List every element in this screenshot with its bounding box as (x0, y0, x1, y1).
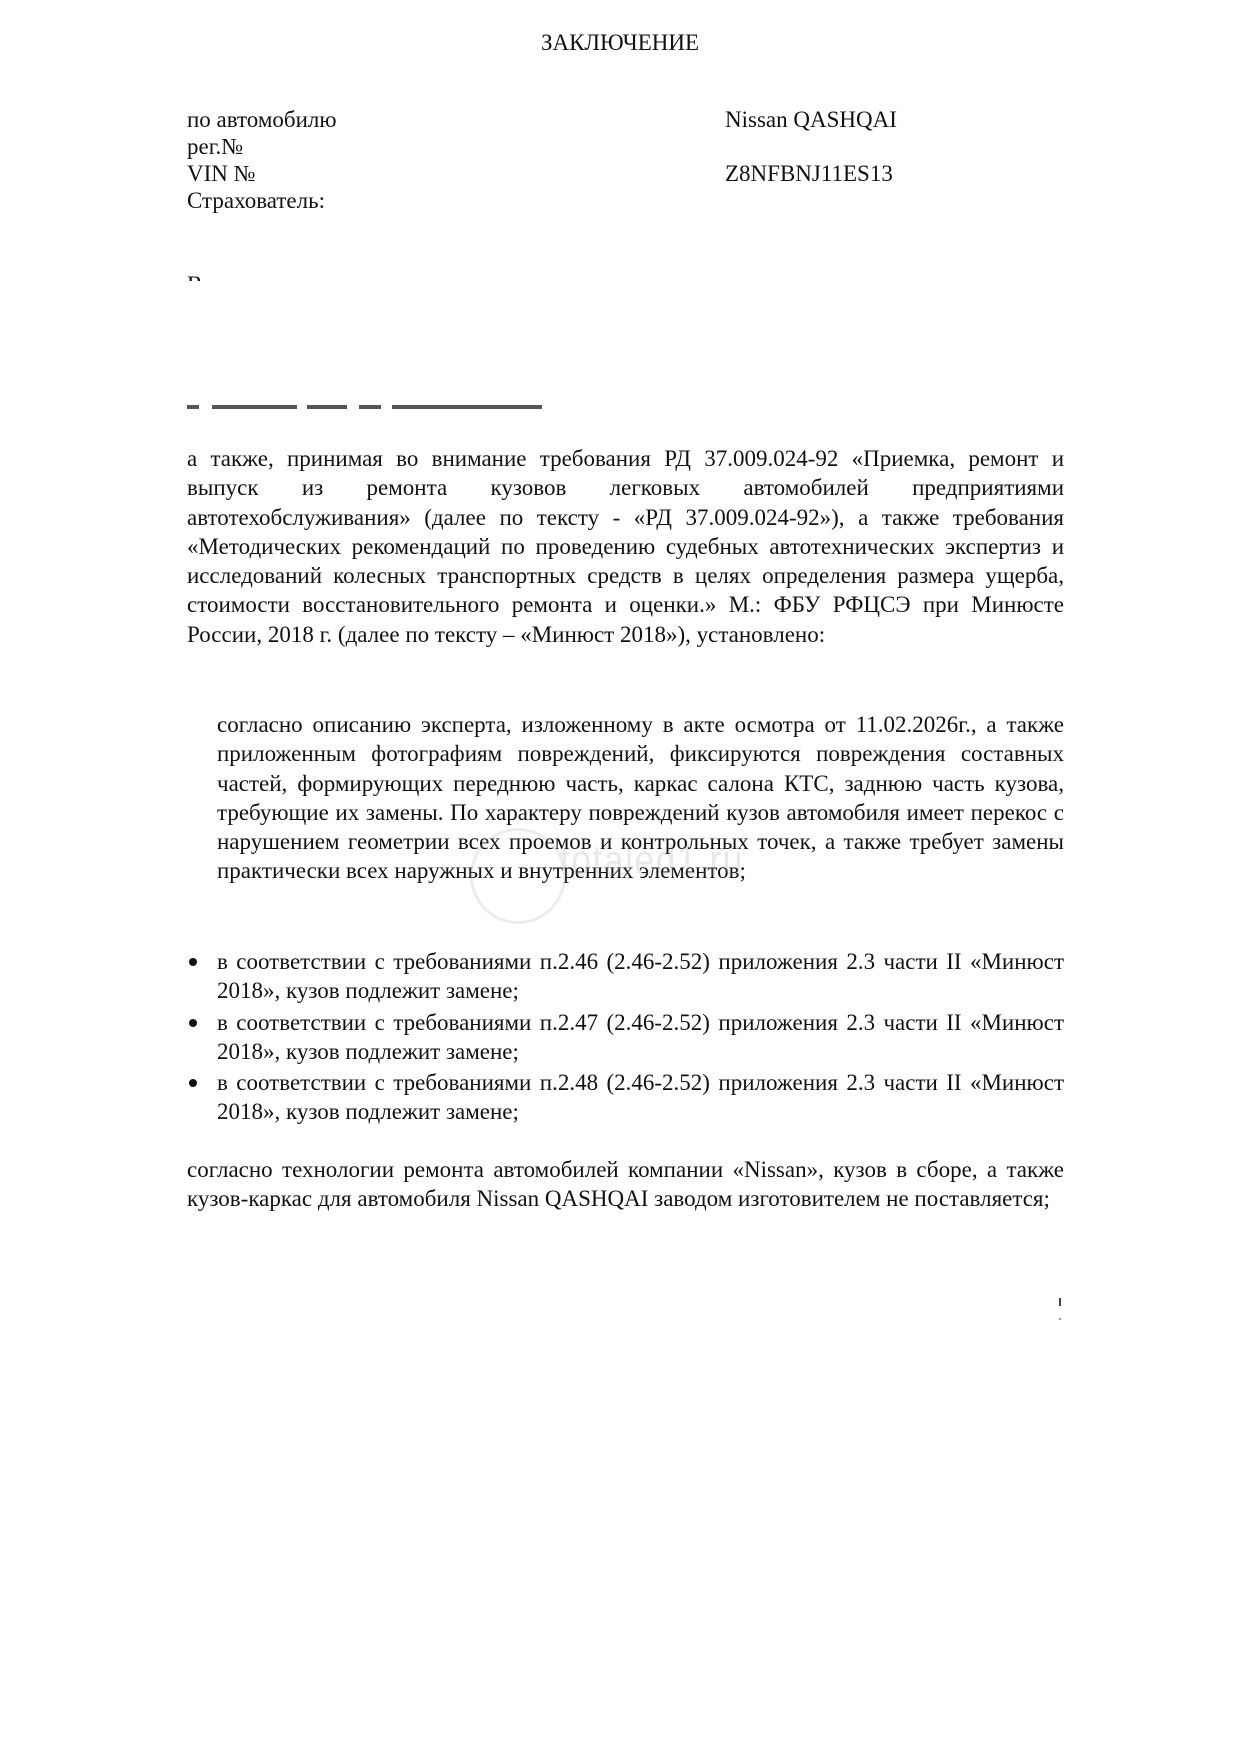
text-fragment (359, 405, 381, 409)
text-fragment (212, 405, 297, 409)
paragraph-inspection: согласно описанию эксперта, изложенному … (217, 710, 1064, 886)
list-item: в соответствии с требованиями п.2.46 (2.… (187, 947, 1064, 1006)
paragraph-manufacturer: согласно технологии ремонта автомобилей … (187, 1155, 1064, 1214)
bullet-icon (189, 1079, 197, 1087)
bullet-icon (189, 958, 197, 966)
paragraph-intro: а также, принимая во внимание требования… (187, 444, 1064, 649)
field-value-vin: Z8NFBNJ11ES13 (725, 161, 893, 187)
text-fragment (307, 405, 347, 409)
requirements-list: в соответствии с требованиями п.2.46 (2.… (187, 947, 1064, 1129)
redacted-fragment-top: В (187, 271, 202, 281)
field-label-reg: рег.№ (187, 134, 243, 160)
scan-artifact (1059, 1298, 1061, 1306)
field-value-car: Nissan QASHQAI (725, 107, 897, 133)
redacted-fragment-bottom (187, 400, 542, 410)
bullet-icon (189, 1019, 197, 1027)
list-item: в соответствии с требованиями п.2.48 (2.… (187, 1068, 1064, 1127)
document-page: ЗАКЛЮЧЕНИЕ по автомобилю Nissan QASHQAI … (0, 0, 1240, 1755)
field-label-insured: Страхователь: (187, 188, 325, 214)
document-title: ЗАКЛЮЧЕНИЕ (0, 30, 1240, 56)
list-item: в соответствии с требованиями п.2.47 (2.… (187, 1008, 1064, 1067)
field-label-car: по автомобилю (187, 107, 337, 133)
field-label-vin: VIN № (187, 161, 256, 187)
text-fragment (392, 405, 542, 409)
scan-artifact (1059, 1318, 1061, 1320)
text-fragment (187, 405, 199, 409)
